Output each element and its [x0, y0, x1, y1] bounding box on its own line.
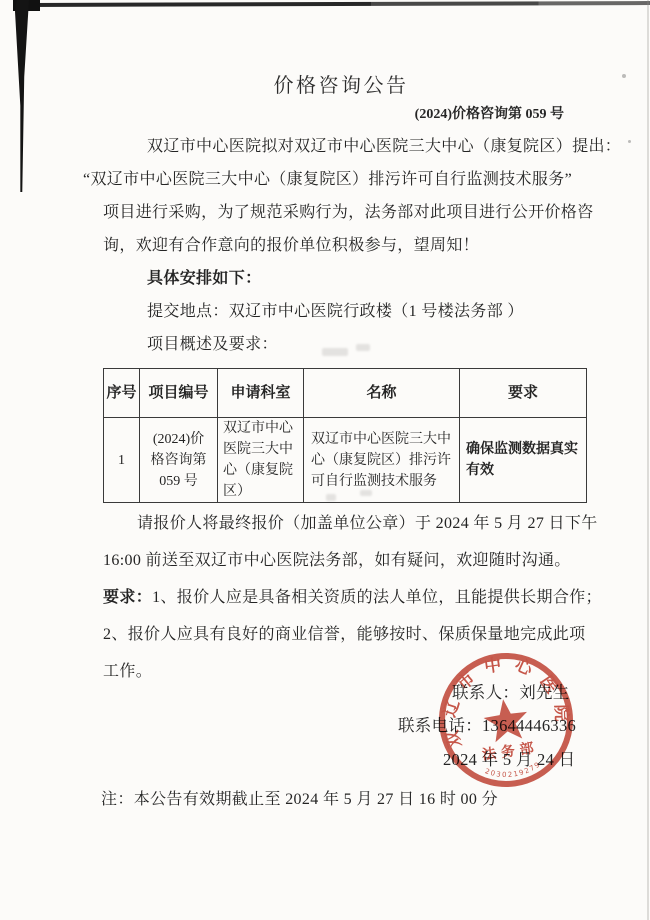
- overview-heading: 项目概述及要求：: [103, 328, 589, 361]
- table-header-requirement: 要求: [460, 369, 587, 418]
- table-header-row: 序号 项目编号 申请科室 名称 要求: [104, 369, 587, 418]
- scan-speck: [622, 74, 626, 78]
- scan-right-edge-line: [647, 0, 649, 920]
- closing-paragraph: 请报价人将最终报价（加盖单位公章）于 2024 年 5 月 27 日下午 16:…: [103, 505, 589, 690]
- intro-line-2: “双辽市中心医院三大中心（康复院区）排污许可自行监测技术服务”: [83, 163, 589, 196]
- submit-location-line: 提交地点：双辽市中心医院行政楼（1 号楼法务部 ）: [103, 295, 589, 328]
- contact-person-line: 联系人：刘先生: [452, 679, 570, 703]
- cell-project-no: (2024)价格咨询第 059 号: [140, 418, 218, 503]
- intro-line-4: 询，欢迎有合作意向的报价单位积极参与，望周知！: [103, 229, 589, 262]
- schedule-heading: 具体安排如下：: [103, 262, 589, 295]
- table-row: 1 (2024)价格咨询第 059 号 双辽市中心医院三大中心（康复院区） 双辽…: [104, 418, 587, 503]
- table-header-seq: 序号: [104, 369, 140, 418]
- validity-note: 注：本公告有效期截止至 2024 年 5 月 27 日 16 时 00 分: [101, 786, 498, 809]
- cell-requirement: 确保监测数据真实有效: [460, 418, 587, 503]
- intro-line-3: 项目进行采购，为了规范采购行为，法务部对此项目进行公开价格咨: [103, 196, 589, 229]
- document-title: 价格咨询公告: [95, 69, 587, 98]
- closing-line-2: 16:00 前送至双辽市中心医院法务部，如有疑问，欢迎随时沟通。: [103, 542, 589, 579]
- scanned-document-page: 价格咨询公告 (2024)价格咨询第 059 号 双辽市中心医院拟对双辽市中心医…: [0, 0, 650, 920]
- cell-name: 双辽市中心医院三大中心（康复院区）排污许可自行监测技术服务: [304, 418, 460, 503]
- requirement-item-2: 2、报价人应具有良好的商业信誉，能够按时、保质保量地完成此项: [103, 616, 589, 653]
- closing-line-1: 请报价人将最终报价（加盖单位公章）于 2024 年 5 月 27 日下午: [103, 505, 589, 542]
- table-header-department: 申请科室: [218, 369, 304, 418]
- contact-phone-line: 联系电话：13644446336: [398, 712, 576, 736]
- requirements-line-1: 要求：1、报价人应是具备相关资质的法人单位，且能提供长期合作；: [103, 579, 589, 616]
- scan-speck: [628, 140, 631, 143]
- scan-left-edge-streak: [15, 0, 29, 192]
- requirements-label: 要求：: [103, 589, 152, 606]
- cell-department: 双辽市中心医院三大中心（康复院区）: [218, 418, 304, 503]
- intro-line-1: 双辽市中心医院拟对双辽市中心医院三大中心（康复院区）提出：: [103, 130, 589, 163]
- scan-top-edge-line: [30, 1, 650, 7]
- cell-seq: 1: [104, 418, 140, 503]
- signature-date-line: 2024 年 5 月 24 日: [443, 746, 575, 770]
- intro-paragraph: 双辽市中心医院拟对双辽市中心医院三大中心（康复院区）提出： “双辽市中心医院三大…: [103, 130, 589, 361]
- project-table: 序号 项目编号 申请科室 名称 要求 1 (2024)价格咨询第 059 号 双…: [103, 368, 587, 503]
- table-header-name: 名称: [304, 369, 460, 418]
- table-header-project-no: 项目编号: [140, 369, 218, 418]
- requirement-item-1: 1、报价人应是具备相关资质的法人单位，且能提供长期合作；: [152, 589, 602, 606]
- document-number: (2024)价格咨询第 059 号: [415, 103, 564, 123]
